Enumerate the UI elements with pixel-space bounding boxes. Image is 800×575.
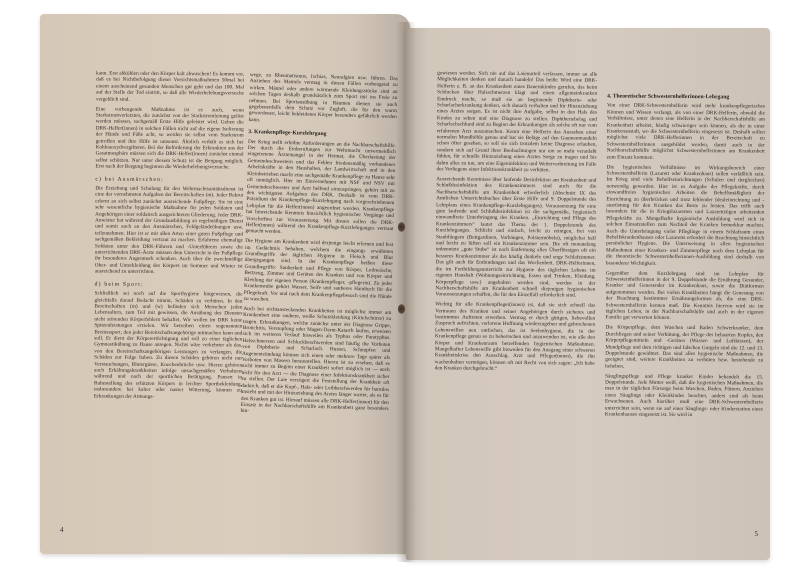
- paragraph: Säuglingspflege und Pflege kranker Kinde…: [605, 373, 763, 419]
- page-number-left: 4: [60, 526, 64, 534]
- paragraph: Wichtig für alle Krankenpfleger(innen) i…: [435, 302, 596, 374]
- paragraph: Der Krieg stellt erhöhte Anforderungen a…: [245, 139, 396, 239]
- paragraph: Ausreichende Kenntnisse über laufende De…: [435, 176, 596, 299]
- section-heading-4: 4. Theoretischer Schwesternhelferinnen-L…: [607, 93, 765, 101]
- paragraph: Eine vorbeugende Maßnahme ist es auch, w…: [95, 106, 243, 171]
- binding-hole: [398, 304, 405, 314]
- section-heading-d: d) beim Sport:: [95, 281, 243, 288]
- paragraph: Gegenüber dem Kurzlehrgang sind im Lehrp…: [606, 270, 764, 322]
- right-page-column-1: gewiesen werden. Sich nie auf das Laienu…: [435, 70, 598, 377]
- paragraph: Die Körperpflege, dem Waschen und Baden …: [605, 325, 763, 371]
- section-heading-3: 3. Krankenpflege-Kurzlehrgang: [248, 129, 396, 140]
- paragraph: Die hygienischen Verhältnisse im Wirkung…: [606, 164, 765, 268]
- paragraph: Schließlich sei noch auf die Sporthygien…: [94, 291, 243, 401]
- left-page: kann. Erst abkühlen oder den Körper kalt…: [40, 14, 410, 554]
- booklet-spread: kann. Erst abkühlen oder den Körper kalt…: [0, 0, 800, 575]
- paragraph: Die Hygiene am Krankenbett wird derjenig…: [244, 238, 394, 306]
- paragraph: Von einer DRK-Schwesternhelferin wird me…: [607, 103, 765, 162]
- left-page-column-1: kann. Erst abkühlen oder den Körper kalt…: [94, 70, 244, 404]
- paragraph: kann. Erst abkühlen oder den Körper kalt…: [96, 70, 244, 103]
- right-page: gewiesen werden. Sich nie auf das Laienu…: [406, 28, 770, 560]
- right-page-column-2: 4. Theoretischer Schwesternhelferinnen-L…: [605, 87, 765, 422]
- paragraph: Auch bei nichtansteckenden Krankheiten i…: [240, 306, 391, 419]
- paragraph: gewiesen werden. Sich nie auf das Laienu…: [436, 70, 597, 174]
- paragraph: wege, zu Rheumatismus, Ischias, Neuralgi…: [249, 72, 398, 127]
- paragraph: Die Erziehung und Schulung für den Wehrm…: [95, 185, 244, 276]
- left-page-column-2: wege, zu Rheumatismus, Ischias, Neuralgi…: [240, 72, 398, 422]
- binding-hole: [398, 222, 405, 232]
- section-heading-c: c) bei Ausmärschen:: [95, 176, 243, 183]
- page-number-right: 5: [755, 530, 759, 538]
